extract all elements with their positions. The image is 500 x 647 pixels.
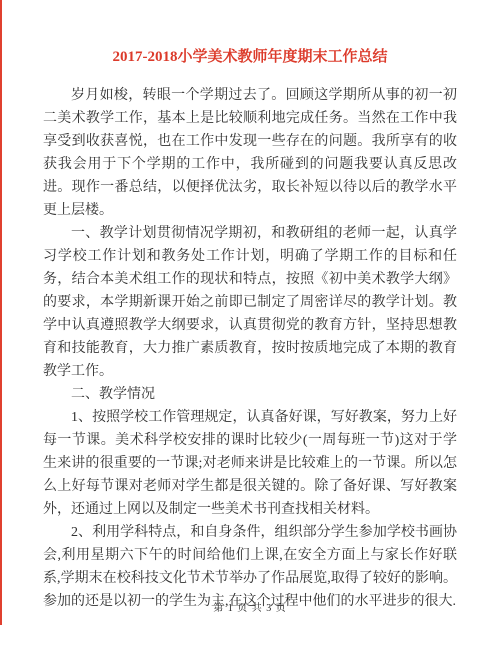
document-content: 2017-2018小学美术教师年度期末工作总结 岁月如梭，转眼一个学期过去了。回…: [0, 0, 500, 613]
left-edge-line: [0, 0, 2, 625]
document-title: 2017-2018小学美术教师年度期末工作总结: [43, 46, 457, 68]
page-footer: 第 1 页 共 3 页: [0, 599, 500, 614]
document-page: 2017-2018小学美术教师年度期末工作总结 岁月如梭，转眼一个学期过去了。回…: [0, 0, 500, 647]
paragraph-section-1-teaching-plan: 一、教学计划贯彻情况学期初，和教研组的老师一起，认真学习学校工作计划和教务处工作…: [43, 222, 457, 383]
paragraph-item-1: 1、按照学校工作管理规定，认真备好课，写好教案，努力上好每一节课。美术科学校安排…: [43, 406, 457, 521]
paragraph-section-2-heading: 二、教学情况: [43, 383, 457, 406]
paragraph-intro: 岁月如梭，转眼一个学期过去了。回顾这学期所从事的初一初二美术教学工作，基本上是比…: [43, 84, 457, 222]
